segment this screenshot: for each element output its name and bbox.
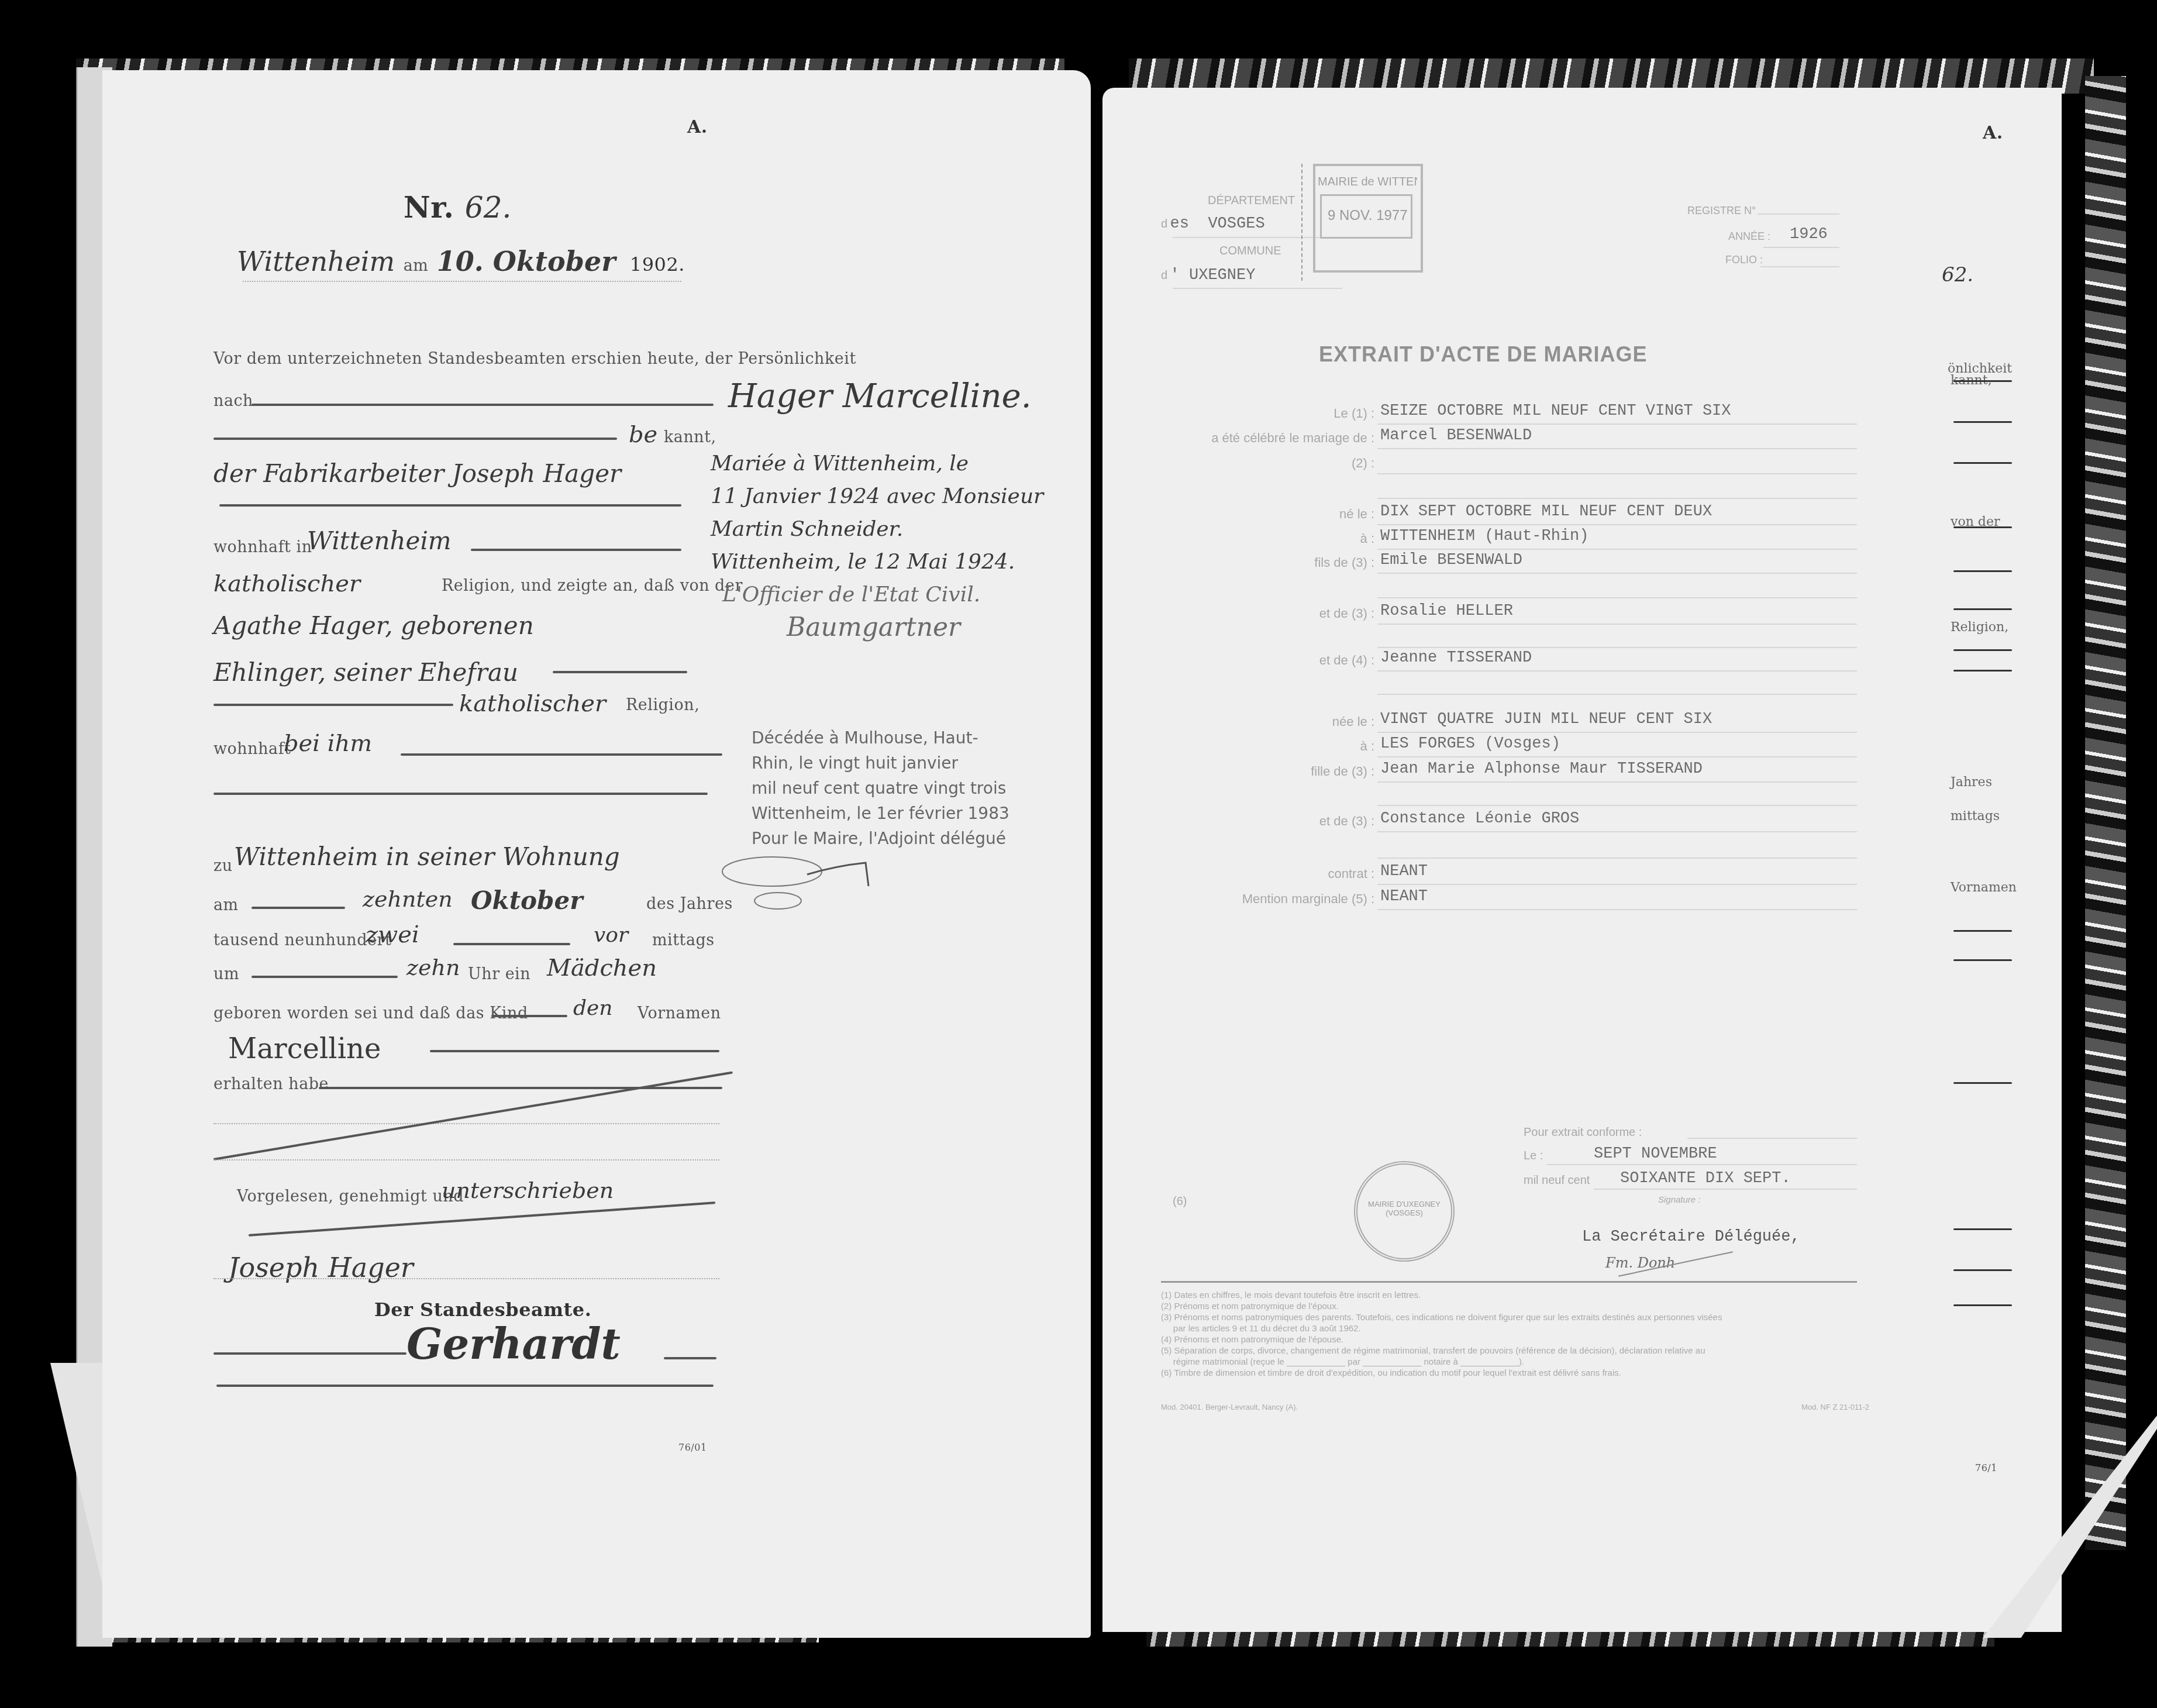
field-label: fille de (3) : <box>1311 764 1374 779</box>
death-note-line: Wittenheim, le 1er février 1983 <box>752 801 1009 826</box>
book-right-edge <box>2085 76 2126 1550</box>
bekannt-hand: be <box>629 421 657 448</box>
field-value: SEIZE OCTOBRE MIL NEUF CENT VINGT SIX <box>1380 402 1731 420</box>
record-year: 1902. <box>630 253 685 276</box>
secretary-signature: Fm. Donh <box>1605 1255 1675 1271</box>
field-label: fils de (3) : <box>1314 555 1374 570</box>
le-value: SEPT NOVEMBRE <box>1594 1145 1717 1163</box>
declarant: der Fabrikarbeiter Joseph Hager <box>213 459 621 488</box>
field-label: contrat : <box>1328 866 1374 881</box>
fee-note: (6) <box>1173 1195 1187 1208</box>
intro-text: Vor dem unterzeichneten Standesbeamten e… <box>213 350 856 368</box>
left-page-letter: A. <box>687 117 708 137</box>
right-page-letter: A. <box>1983 123 2003 143</box>
field-value: VINGT QUATRE JUIN MIL NEUF CENT SIX <box>1380 711 1712 728</box>
child-article: den <box>573 996 613 1020</box>
seal-text: MAIRIE D'UXEGNEY (VOSGES) <box>1363 1200 1445 1217</box>
field-label: (2) : <box>1352 456 1374 471</box>
stamp-date: 9 NOV. 1977 <box>1328 208 1408 224</box>
signatory: La Secrétaire Déléguée, <box>1582 1228 1800 1246</box>
field-value: Marcel BESENWALD <box>1380 427 1532 445</box>
year-value: zwei <box>366 921 419 948</box>
mother-wohnhaft-value: bei ihm <box>284 730 372 757</box>
mil-label: mil neuf cent <box>1524 1174 1590 1187</box>
marriage-note-signature: Baumgartner <box>711 611 1043 644</box>
pour-extrait-label: Pour extrait conforme : <box>1524 1126 1642 1139</box>
commune-field: d ' UXEGNEY <box>1161 267 1255 284</box>
field-label: et de (3) : <box>1319 606 1374 621</box>
signature-label: Signature : <box>1658 1195 1701 1205</box>
field-row: Mention marginale (5) :NEANT <box>1102 888 1857 911</box>
field-row: et de (4) :Jeanne TISSERAND <box>1102 649 1857 673</box>
death-note-line: Pour le Maire, l'Adjoint délégué <box>752 826 1009 851</box>
mother-wohnhaft-label: wohnhaft <box>213 740 291 758</box>
erhalten-label: erhalten habe. <box>213 1075 334 1093</box>
departement-value: es VOSGES <box>1170 215 1265 233</box>
record-number: Nr. 62. <box>404 190 511 225</box>
underpage-edge-word: Religion, <box>1951 620 2008 635</box>
field-value: Emile BESENWALD <box>1380 552 1522 569</box>
departement-field: d es VOSGES <box>1161 215 1265 233</box>
field-label: à : <box>1360 739 1374 754</box>
registre-label: REGISTRE N° <box>1687 205 1756 217</box>
form-model-number: Mod. NF Z 21-011-2 <box>1801 1401 1869 1414</box>
record-place: Wittenheim <box>237 246 395 277</box>
field-row: fille de (3) :Jean Marie Alphonse Maur T… <box>1102 760 1857 784</box>
stamp-text: MAIRIE de WITTENHEIM <box>1318 175 1417 189</box>
field-value: Constance Léonie GROS <box>1380 810 1579 828</box>
field-value: NEANT <box>1380 888 1428 905</box>
stamp-date-box: 9 NOV. 1977 <box>1320 194 1412 239</box>
child-sex: Mädchen <box>547 955 657 982</box>
printer-imprint: Mod. 20401. Berger-Levrault, Nancy (A). <box>1161 1401 1298 1414</box>
mother-religion-value: katholischer <box>459 690 606 717</box>
standesbeamte-label: Der Standesbeamte. <box>374 1299 591 1321</box>
mittags-label: mittags <box>652 931 715 949</box>
field-row: fils de (3) :Emile BESENWALD <box>1102 552 1857 575</box>
underpage-edge-word: Vornamen <box>1951 880 2017 895</box>
field-value: WITTENHEIM (Haut-Rhin) <box>1380 528 1589 545</box>
field-label: Mention marginale (5) : <box>1242 891 1374 907</box>
field-row: à :WITTENHEIM (Haut-Rhin) <box>1102 528 1857 551</box>
commune-prefix: d <box>1161 269 1167 282</box>
field-row: né le :DIX SEPT OCTOBRE MIL NEUF CENT DE… <box>1102 503 1857 526</box>
commune-label: COMMUNE <box>1219 245 1281 258</box>
death-note-line: mil neuf cent quatre vingt trois <box>752 776 1009 801</box>
annee-value: 1926 <box>1790 226 1828 243</box>
document-title: EXTRAIT D'ACTE DE MARIAGE <box>1319 342 1648 367</box>
field-label: née le : <box>1332 714 1374 729</box>
child-name-heading: Hager Marcelline. <box>728 377 1032 415</box>
field-row: contrat :NEANT <box>1102 863 1857 886</box>
vertical-divider <box>1301 164 1303 281</box>
form-code: 76/01 <box>678 1442 707 1453</box>
month-value: Oktober <box>471 886 583 915</box>
tausend-label: tausend neunhundert <box>213 931 391 949</box>
field-row: et de (3) :Constance Léonie GROS <box>1102 810 1857 834</box>
mairie-stamp: MAIRIE de WITTENHEIM 9 NOV. 1977 <box>1313 164 1423 273</box>
marriage-note-line: Wittenheim, le 12 Mai 1924. <box>711 546 1043 578</box>
marriage-note-line: 11 Janvier 1924 avec Monsieur <box>711 480 1043 513</box>
am-label: am <box>213 896 239 914</box>
mother-line-2: Ehlinger, seiner Ehefrau <box>213 658 518 687</box>
mother-religion-label: Religion, <box>626 696 700 714</box>
le-label: Le : <box>1524 1149 1543 1163</box>
field-row: née le :VINGT QUATRE JUIN MIL NEUF CENT … <box>1102 711 1857 734</box>
field-label: Le (1) : <box>1334 406 1374 421</box>
hour-value: zehn <box>406 955 460 980</box>
day-value: zehnten <box>363 886 453 912</box>
mil-value: SOIXANTE DIX SEPT. <box>1620 1170 1791 1187</box>
religion-text: Religion, und zeigte an, daß von der <box>442 577 743 595</box>
field-row: Le (1) :SEIZE OCTOBRE MIL NEUF CENT VING… <box>1102 402 1857 426</box>
um-label: um <box>213 965 239 983</box>
field-row: (2) : <box>1102 452 1857 476</box>
record-number-value: 62. <box>465 191 512 225</box>
zu-value: Wittenheim in seiner Wohnung <box>234 842 620 871</box>
child-name: Marcelline <box>228 1032 381 1065</box>
bekannt-label: kannt, <box>664 428 716 446</box>
field-label: et de (3) : <box>1319 814 1374 829</box>
vorgelesen-value: unterschrieben <box>442 1177 614 1203</box>
record-place-date: Wittenheim am 10. Oktober 1902. <box>237 246 685 277</box>
geboren-label: geboren worden sei und daß das Kind <box>213 1004 528 1022</box>
field-value: DIX SEPT OCTOBRE MIL NEUF CENT DEUX <box>1380 503 1712 521</box>
mother-line-1: Agathe Hager, geborenen <box>213 611 534 640</box>
departement-prefix: d <box>1161 218 1167 230</box>
annee-label: ANNÉE : <box>1728 230 1770 243</box>
record-date: 10. Oktober <box>437 246 616 277</box>
field-value: LES FORGES (Vosges) <box>1380 735 1560 753</box>
field-row: et de (3) :Rosalie HELLER <box>1102 602 1857 626</box>
underpage-edge-word: mittags <box>1951 809 2000 824</box>
field-value: NEANT <box>1380 863 1428 880</box>
margin-note-death: Décédée à Mulhouse, Haut- Rhin, le vingt… <box>752 725 1009 851</box>
nach-label: nach <box>213 392 253 410</box>
field-label: a été célébré le mariage de : <box>1211 431 1374 446</box>
field-row: à :LES FORGES (Vosges) <box>1102 735 1857 759</box>
field-label: à : <box>1360 531 1374 546</box>
vornamen-label: Vornamen <box>638 1004 721 1022</box>
death-note-signature <box>719 851 895 921</box>
underpage-number: 62. <box>1942 263 1973 287</box>
marriage-note-line: Martin Schneider. <box>711 513 1043 546</box>
date-prefix: am <box>404 257 429 275</box>
vorgelesen-label: Vorgelesen, genehmigt und <box>237 1187 464 1206</box>
official-seal: MAIRIE D'UXEGNEY (VOSGES) <box>1354 1161 1455 1262</box>
vor-value: vor <box>594 923 628 947</box>
underpage-edge-word: Jahres <box>1951 775 1992 790</box>
zu-label: zu <box>213 857 233 875</box>
field-value: Jean Marie Alphonse Maur TISSERAND <box>1380 760 1703 778</box>
margin-note-marriage: Mariée à Wittenheim, le 11 Janvier 1924 … <box>711 447 1043 644</box>
folio-label: FOLIO : <box>1725 254 1763 266</box>
field-label: né le : <box>1339 507 1374 522</box>
right-page-marriage-extract: A. DÉPARTEMENT d es VOSGES COMMUNE d ' U… <box>1102 88 2062 1632</box>
underpage-code: 76/1 <box>1975 1462 1997 1473</box>
death-note-line: Décédée à Mulhouse, Haut- <box>752 725 1009 750</box>
commune-value: ' UXEGNEY <box>1170 267 1256 284</box>
death-note-line: Rhin, le vingt huit janvier <box>752 750 1009 776</box>
wohnhaft-label: wohnhaft in <box>213 538 312 556</box>
field-value: Rosalie HELLER <box>1380 602 1513 620</box>
wohnhaft-value: Wittenheim <box>307 526 452 555</box>
marriage-note-line: Mariée à Wittenheim, le <box>711 447 1043 480</box>
left-page-birth-record: A. Nr. 62. Wittenheim am 10. Oktober 190… <box>102 70 1091 1638</box>
registrar-signature: Gerhardt <box>406 1319 621 1369</box>
uhr-label: Uhr ein <box>468 965 530 983</box>
religion-value: katholischer <box>213 570 360 597</box>
field-value: Jeanne TISSERAND <box>1380 649 1532 667</box>
footnotes: (1) Dates en chiffres, le mois devant to… <box>1161 1290 1863 1379</box>
field-label: et de (4) : <box>1319 653 1374 668</box>
record-number-label: Nr. <box>404 190 454 225</box>
departement-label: DÉPARTEMENT <box>1208 194 1295 208</box>
marriage-note-line: L'Officier de l'Etat Civil. <box>711 578 1043 611</box>
field-row: a été célébré le mariage de :Marcel BESE… <box>1102 427 1857 450</box>
